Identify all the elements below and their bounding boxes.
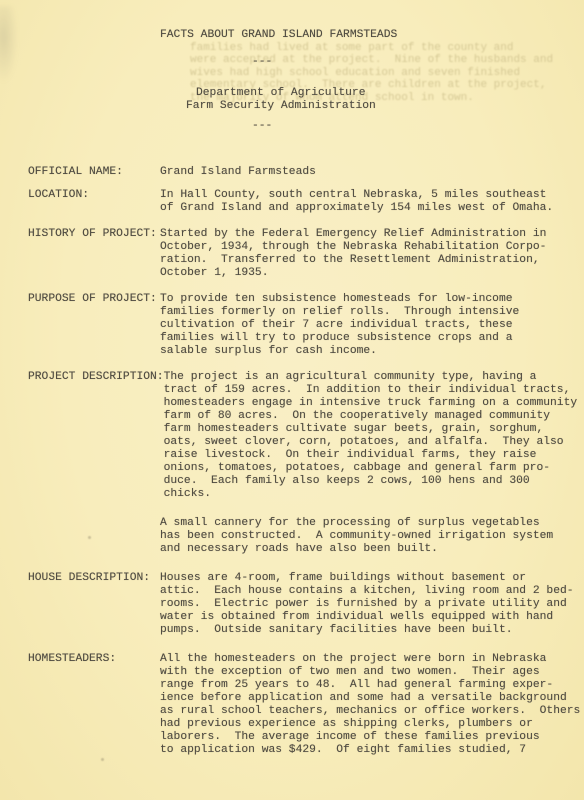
section-row-history: HISTORY OF PROJECT: Started by the Feder… [0,228,584,280]
org-line-department: Department of Agriculture [196,87,365,100]
section-row-project-description-continued: A small cannery for the processing of su… [0,517,584,556]
paper-speck [101,758,104,761]
section-label: HOMESTEADERS: [28,653,160,666]
section-text: Grand Island Farmsteads [160,166,316,179]
scan-smudge [0,6,18,84]
separator-top: --- [252,56,272,69]
org-line-administration: Farm Security Administration [186,100,376,113]
section-row-location: LOCATION: In Hall County, south central … [0,189,584,215]
scanned-document-page: families had lived at some part of the c… [0,0,584,800]
fact-sections: OFFICIAL NAME: Grand Island Farmsteads L… [0,166,584,757]
section-label: HOUSE DESCRIPTION: [28,572,160,585]
section-text: In Hall County, south central Nebraska, … [160,189,553,215]
section-label: OFFICIAL NAME: [28,166,160,179]
section-row-official-name: OFFICIAL NAME: Grand Island Farmsteads [0,166,584,179]
section-row-homesteaders: HOMESTEADERS: All the homesteaders on th… [0,653,584,757]
section-row-purpose: PURPOSE OF PROJECT: To provide ten subsi… [0,293,584,358]
section-row-house-description: HOUSE DESCRIPTION: Houses are 4-room, fr… [0,572,584,637]
section-label: PROJECT DESCRIPTION: [28,371,164,384]
section-text: To provide ten subsistence homesteads fo… [160,293,519,358]
separator-bottom: --- [252,120,272,133]
section-text: All the homesteaders on the project were… [160,653,580,757]
section-label: HISTORY OF PROJECT: [28,228,160,241]
section-text: The project is an agricultural community… [164,371,578,501]
section-text: Houses are 4-room, frame buildings witho… [160,572,574,637]
section-label: LOCATION: [28,189,160,202]
document-title: FACTS ABOUT GRAND ISLAND FARMSTEADS [160,29,397,42]
section-row-project-description: PROJECT DESCRIPTION: The project is an a… [0,371,584,501]
section-label: PURPOSE OF PROJECT: [28,293,160,306]
section-text: A small cannery for the processing of su… [160,517,553,556]
section-text: Started by the Federal Emergency Relief … [160,228,546,280]
